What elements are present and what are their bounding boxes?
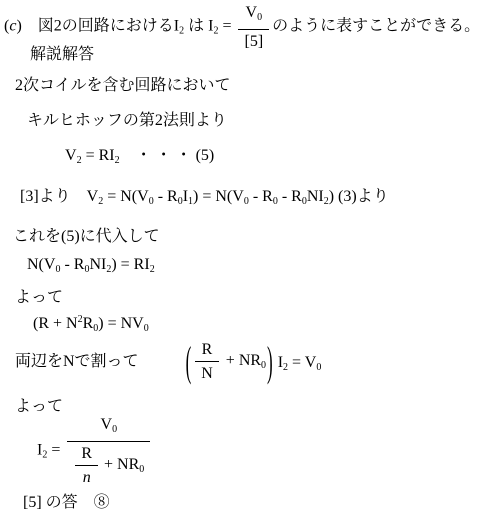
equation-divide: (RN + NR0) I2 = V0 [185,340,322,383]
math-fraction: Rn [75,444,98,487]
math-text: R [83,315,94,332]
math-numerator: V0 [67,415,150,442]
math-text: V [101,416,113,433]
math-denominator: N [195,362,219,383]
math-subscript: 0 [139,464,144,475]
math-denominator: Rn + NR0 [67,442,150,487]
math-subscript: 0 [316,362,321,373]
section-heading: 解説解答 [30,44,94,65]
math-fraction: V0[5] [238,3,269,51]
yotte-line-2: よって [15,396,63,417]
math-text: NI [89,256,106,273]
math-text: は [184,18,208,35]
math-text: = RI [82,147,115,164]
equation-n: N(V0 - R0NI2) = RI2 [27,254,155,280]
math-text: - R [154,188,178,205]
math-numerator: R [75,444,98,466]
math-text: ) (3)より [329,188,389,205]
math-text: ) = NV [98,315,143,332]
math-var-italic: n [83,469,91,486]
equation-substitution: [3]より V2 = N(V0 - R0I1) = N(V0 - R0 - R0… [20,186,389,212]
math-text: ) 図2の回路における [16,18,173,35]
math-fraction: RN [195,340,219,383]
math-text: V [246,4,258,21]
math-subscript: 0 [112,424,117,435]
math-denominator: n [75,466,98,487]
math-text: ) = N(V [193,188,244,205]
math-denominator: [5] [238,30,269,51]
math-subscript: 2 [150,264,155,275]
math-text: (R + N [33,315,78,332]
yotte-line-1: よって [15,287,63,308]
math-text: - R [278,188,302,205]
math-text: NI [307,188,324,205]
math-text: ・ ・ ・ (5) [120,147,215,164]
math-subscript: 0 [261,360,266,371]
math-text: のように表すことができる。 [272,18,480,35]
substitute-line: これを(5)に代入して [13,226,160,247]
math-text: - R [60,256,84,273]
math-text: = [47,442,64,459]
solution-document: (c) 図2の回路におけるI2 は I2 = V0[5]のように表すことができる… [0,0,485,519]
math-text: - R [249,188,273,205]
math-paren-inner: RN + NR0 [192,340,266,383]
divide-line: 両辺をNで割って (RN + NR0) I2 = V0 [15,332,321,390]
math-text: [5] [244,33,263,50]
math-text: I [274,354,283,371]
math-numerator: R [195,340,219,362]
math-fraction: V0Rn + NR0 [67,415,150,487]
divide-text: 両辺をNで割って [15,351,139,372]
math-text: N(V [27,256,55,273]
math-text: R [81,445,92,462]
math-text: N [201,365,213,382]
math-text: V [65,147,77,164]
math-subscript: 0 [257,12,262,23]
answer-line: [5] の答 ⑧ [23,492,110,513]
math-text: [3]より V [20,188,98,205]
math-text: R [202,341,213,358]
intro-line: 2次コイルを含む回路において [15,75,231,96]
math-text: + NR [100,456,139,473]
math-numerator: V0 [238,3,269,30]
math-paren-group: (RN + NR0) [185,340,274,383]
math-text: = V [288,354,316,371]
equation-final: I2 = V0Rn + NR0 [37,415,153,487]
kirchhoff-line: キルヒホッフの第2法則より [27,110,227,131]
right-paren-icon: ) [267,335,273,388]
left-paren-icon: ( [186,335,192,388]
math-text: = N(V [103,188,148,205]
math-text: ) = RI [111,256,149,273]
math-text: = [218,18,235,35]
math-text: + NR [222,352,261,369]
equation-5: V2 = RI2 ・ ・ ・ (5) [65,145,214,171]
